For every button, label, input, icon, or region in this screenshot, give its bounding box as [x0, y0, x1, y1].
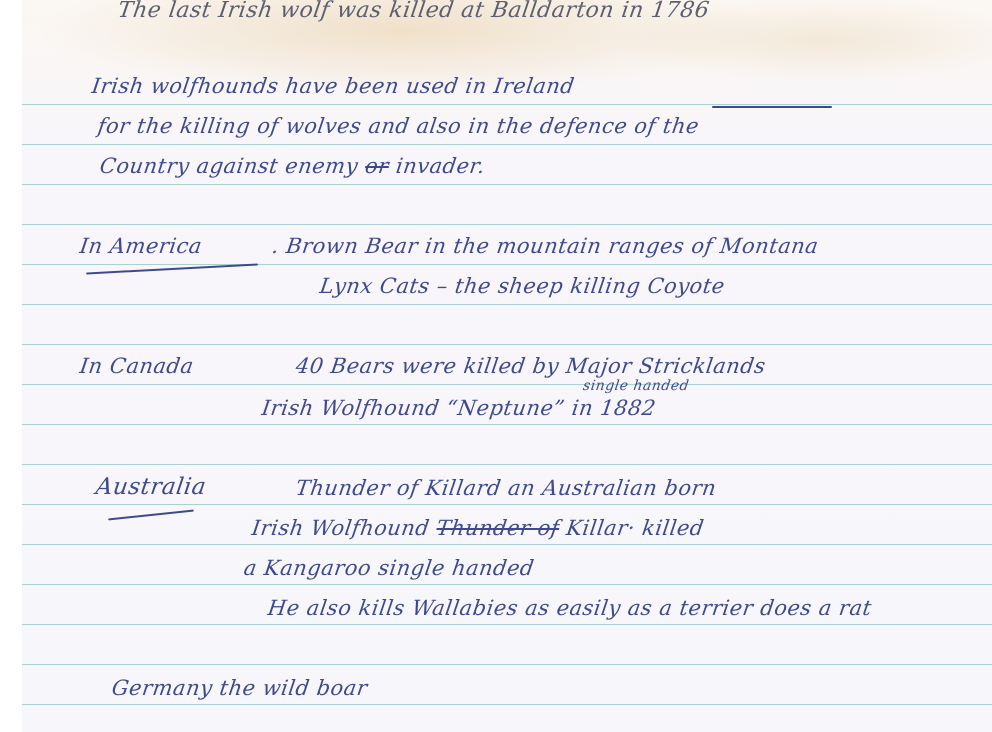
title-line: The last Irish wolf was killed at Ballda…	[116, 0, 711, 23]
ruled-line	[22, 664, 992, 665]
america-label: In America	[78, 234, 203, 258]
canada-line-2-text: Irish Wolfhound “Neptune”	[260, 396, 566, 420]
canada-label: In Canada	[78, 354, 195, 378]
ireland-underline	[712, 106, 832, 108]
ruled-line	[22, 184, 992, 185]
ireland-line-3-text: Country against enemy	[98, 154, 359, 178]
australia-line-1: Thunder of Killard an Australian born	[294, 476, 718, 500]
ruled-line	[22, 224, 992, 225]
struck-word: or	[364, 154, 391, 178]
ruled-line	[22, 384, 992, 385]
ireland-line-3: Country against enemy or invader.	[98, 154, 486, 178]
ireland-line-2: for the killing of wolves and also in th…	[96, 114, 700, 138]
ruled-line	[22, 584, 992, 585]
inserted-text: single handed	[582, 378, 690, 394]
america-line-2: Lynx Cats – the sheep killing Coyote	[318, 274, 726, 298]
ruled-line	[22, 704, 992, 705]
ruled-line	[22, 304, 992, 305]
australia-line-2-end: Killar· killed	[565, 516, 706, 540]
australia-line-4: He also kills Wallabies as easily as a t…	[266, 596, 873, 620]
ruled-line	[22, 504, 992, 505]
canada-line-1: 40 Bears were killed by Major Strickland…	[294, 354, 767, 378]
ruled-line	[22, 624, 992, 625]
australia-line-2-text: Irish Wolfhound	[250, 516, 431, 540]
ruled-line	[22, 344, 992, 345]
australia-line-2: Irish Wolfhound Thunder of Killar· kille…	[250, 516, 705, 540]
australia-line-3: a Kangaroo single handed	[242, 556, 535, 580]
ruled-line	[22, 464, 992, 465]
america-line-1: . Brown Bear in the mountain ranges of M…	[270, 234, 820, 258]
ruled-line	[22, 424, 992, 425]
ruled-line	[22, 264, 992, 265]
struck-words: Thunder of	[435, 516, 561, 540]
ruled-line	[22, 104, 992, 105]
canada-line-2: Irish Wolfhound “Neptune” single handed …	[260, 396, 657, 420]
ruled-line	[22, 544, 992, 545]
canada-insert-wrap: single handed in 1882	[570, 396, 657, 420]
australia-label: Australia	[94, 474, 208, 500]
ruled-line	[22, 144, 992, 145]
ireland-line-1: Irish wolfhounds have been used in Irela…	[90, 74, 576, 98]
germany-line: Germany the wild boar	[110, 676, 369, 700]
ireland-line-3-end: invader.	[394, 154, 486, 178]
canada-line-2-end: in 1882	[570, 396, 657, 420]
